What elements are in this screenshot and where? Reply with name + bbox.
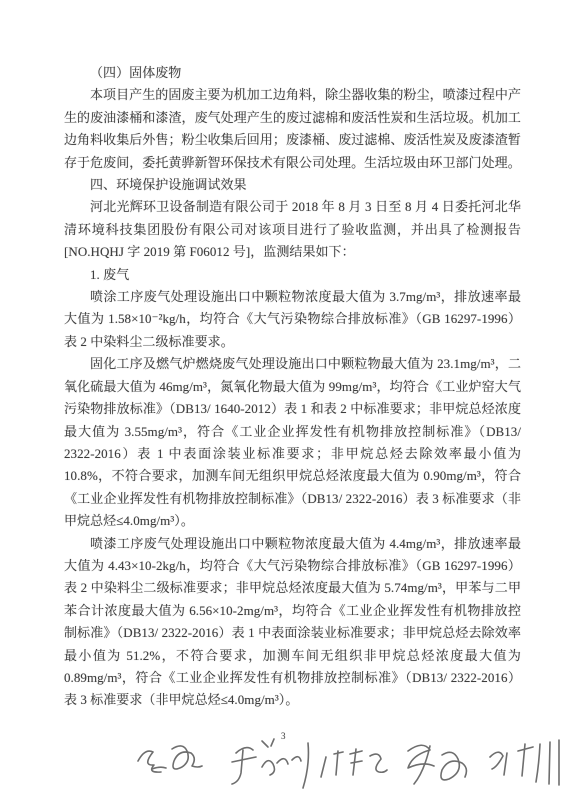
handwritten-signatures (128, 729, 564, 797)
section-heading-solid-waste: （四）固体废物 (64, 62, 521, 84)
scanned-document-page: （四）固体废物 本项目产生的固废主要为机加工边角料，除尘器收集的粉尘，喷漆过程中… (0, 0, 565, 800)
paragraph-solid-waste: 本项目产生的固废主要为机加工边角料，除尘器收集的粉尘，喷漆过程中产生的废油漆桶和… (64, 84, 521, 174)
handwritten-signature-3 (321, 749, 387, 777)
paragraph-spray-coating-outlet: 喷涂工序废气处理设施出口中颗粒物浓度最大值为 3.7mg/m³，排放速率最大值为… (64, 286, 521, 353)
handwritten-signature-1 (138, 746, 202, 772)
handwritten-signature-2 (232, 739, 308, 788)
paragraph-paint-process-outlet: 喷漆工序废气处理设施出口中颗粒物浓度最大值为 4.4mg/m³，排放速率最大值为… (64, 533, 521, 712)
handwritten-signature-4 (408, 745, 466, 784)
section-heading-env-facility: 四、环境保护设施调试效果 (64, 174, 521, 196)
document-body: （四）固体废物 本项目产生的固废主要为机加工边角料，除尘器收集的粉尘，喷漆过程中… (64, 62, 521, 712)
paragraph-commission-monitoring: 河北光辉环卫设备制造有限公司于 2018 年 8 月 3 日至 8 月 4 日委… (64, 196, 521, 263)
paragraph-curing-furnace-outlet: 固化工序及燃气炉燃烧废气处理设施出口中颗粒物最大值为 23.1mg/m³，二氧化… (64, 353, 521, 532)
section-heading-waste-gas: 1. 废气 (64, 264, 521, 286)
handwritten-signature-5 (490, 740, 559, 785)
